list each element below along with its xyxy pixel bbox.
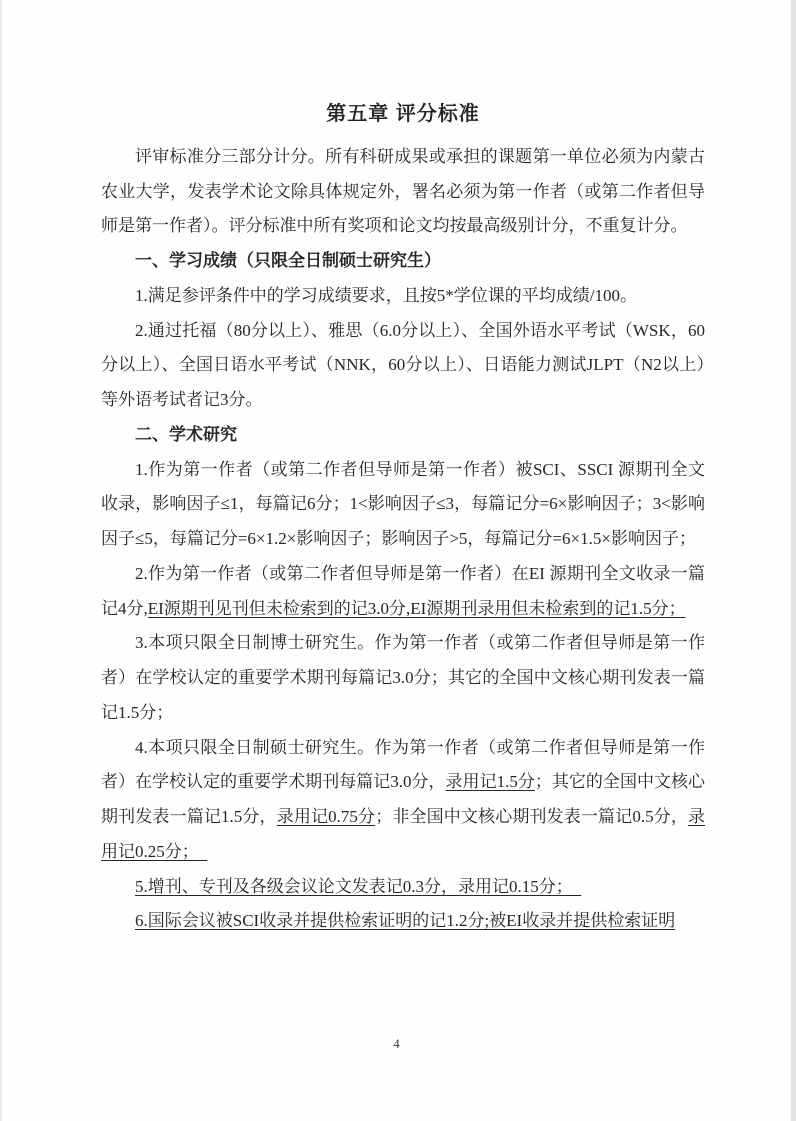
section-heading: 一、学习成绩（只限全日制硕士研究生）: [101, 244, 705, 279]
text-run: 二、学术研究: [135, 425, 237, 444]
page-footer: 4: [2, 1036, 791, 1052]
paragraph: 1.满足参评条件中的学习成绩要求，且按5*学位课的平均成绩/100。: [101, 279, 705, 314]
text-run: 一、学习成绩（只限全日制硕士研究生）: [135, 251, 441, 270]
document-page: 第五章 评分标准 评审标准分三部分计分。所有科研成果或承担的课题第一单位必须为内…: [0, 0, 796, 1121]
paragraph: 3.本项只限全日制博士研究生。作为第一作者（或第二作者但导师是第一作者）在学校认…: [101, 626, 705, 730]
underlined-text-run: EI源期刊见刊但未检索到的记3.0分,EI源期刊录用但未检索到的记1.5分；: [148, 599, 686, 618]
paragraph: 4.本项只限全日制硕士研究生。作为第一作者（或第二作者但导师是第一作者）在学校认…: [101, 731, 705, 870]
paragraph: 2.作为第一作者（或第二作者但导师是第一作者）在EI 源期刊全文收录一篇记4分,…: [101, 557, 705, 627]
page-content: 第五章 评分标准 评审标准分三部分计分。所有科研成果或承担的课题第一单位必须为内…: [101, 97, 705, 939]
underlined-text-run: 录用记0.75分: [277, 807, 375, 826]
paragraph: 评审标准分三部分计分。所有科研成果或承担的课题第一单位必须为内蒙古农业大学，发表…: [101, 140, 705, 244]
page-number: 4: [393, 1036, 400, 1051]
paragraph: 6.国际会议被SCI收录并提供检索证明的记1.2分;被EI收录并提供检索证明: [101, 904, 705, 939]
paragraph: 1.作为第一作者（或第二作者但导师是第一作者）被SCI、SSCI 源期刊全文收录…: [101, 453, 705, 557]
underlined-text-run: 录用记1.5分: [446, 772, 535, 791]
text-run: ；非全国中文核心期刊发表一篇记0.5分，: [375, 807, 688, 826]
text-run: 1.作为第一作者（或第二作者但导师是第一作者）被SCI、SSCI 源期刊全文收录…: [101, 460, 705, 549]
chapter-title: 第五章 评分标准: [101, 97, 705, 132]
text-run: 2.通过托福（80分以上）、雅思（6.0分以上）、全国外语水平考试（WSK，60…: [101, 321, 705, 410]
text-run: 评审标准分三部分计分。所有科研成果或承担的课题第一单位必须为内蒙古农业大学，发表…: [101, 147, 705, 236]
text-run: 3.本项只限全日制博士研究生。作为第一作者（或第二作者但导师是第一作者）在学校认…: [101, 633, 705, 722]
paragraphs: 评审标准分三部分计分。所有科研成果或承担的课题第一单位必须为内蒙古农业大学，发表…: [101, 140, 705, 939]
section-heading: 二、学术研究: [101, 418, 705, 453]
paragraph: 2.通过托福（80分以上）、雅思（6.0分以上）、全国外语水平考试（WSK，60…: [101, 314, 705, 418]
underlined-text-run: 6.国际会议被SCI收录并提供检索证明的记1.2分;被EI收录并提供检索证明: [135, 911, 675, 930]
text-run: 1.满足参评条件中的学习成绩要求，且按5*学位课的平均成绩/100。: [135, 286, 637, 305]
underlined-text-run: 5.增刊、专刊及各级会议论文发表记0.3分，录用记0.15分；: [135, 877, 581, 896]
paragraph: 5.增刊、专刊及各级会议论文发表记0.3分，录用记0.15分；: [101, 870, 705, 905]
